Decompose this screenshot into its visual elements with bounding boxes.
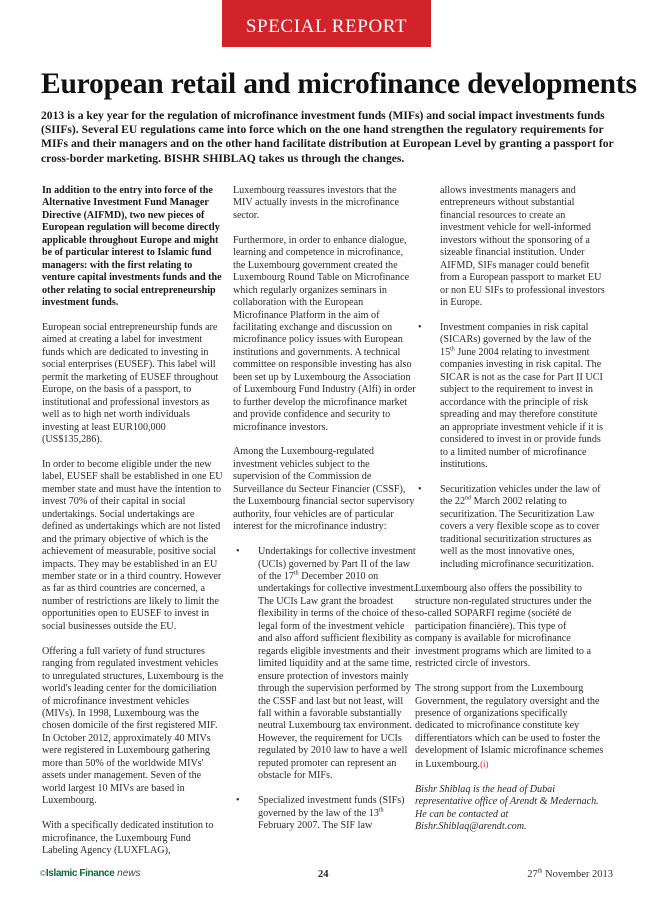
body-paragraph: Furthermore, in order to enhance dialogu… — [233, 235, 416, 434]
body-paragraph: In order to become eligible under the ne… — [42, 459, 224, 633]
article-standfirst: 2013 is a key year for the regulation of… — [41, 109, 621, 166]
bullet-icon: • — [418, 484, 422, 496]
lead-paragraph: In addition to the entry into force of t… — [42, 185, 224, 310]
brand-suffix: news — [117, 868, 140, 879]
body-paragraph: Luxembourg reassures investors that the … — [233, 185, 416, 222]
body-paragraph: The strong support from the Luxembourg G… — [415, 683, 605, 771]
body-paragraph: Among the Luxembourg-regulated investmen… — [233, 446, 416, 533]
page-number: 24 — [318, 869, 329, 880]
brand-name: Islamic Finance — [46, 868, 114, 879]
article-column-1: In addition to the entry into force of t… — [42, 185, 224, 870]
bullet-icon: • — [236, 546, 240, 558]
body-paragraph: Luxembourg also offers the possibility t… — [415, 583, 605, 670]
bullet-continuation: allows investments managers and entrepre… — [415, 185, 605, 310]
body-paragraph: European social entrepreneurship funds a… — [42, 322, 224, 447]
article-column-3: allows investments managers and entrepre… — [415, 185, 605, 846]
publication-logo: ©Islamic Finance news — [40, 868, 141, 879]
section-banner: SPECIAL REPORT — [222, 0, 431, 47]
article-title: European retail and microfinance develop… — [41, 68, 637, 101]
bullet-icon: • — [236, 795, 240, 807]
bullet-item-sicars: • Investment companies in risk capital (… — [415, 322, 605, 471]
end-of-article-icon: (i) — [480, 759, 489, 769]
section-label: SPECIAL REPORT — [246, 16, 407, 47]
bullet-item-sifs: • Specialized investment funds (SIFs) go… — [233, 795, 416, 832]
issue-date: 27th November 2013 — [527, 869, 613, 880]
bullet-item-ucis: • Undertakings for collective investment… — [233, 546, 416, 783]
bullet-icon: • — [418, 322, 422, 334]
article-column-2: Luxembourg reassures investors that the … — [233, 185, 416, 845]
body-paragraph: Offering a full variety of fund structur… — [42, 646, 224, 808]
body-paragraph: With a specifically dedicated institutio… — [42, 820, 224, 857]
author-bio: Bishr Shiblaq is the head of Dubai repre… — [415, 784, 605, 834]
bullet-item-securitization: • Securitization vehicles under the law … — [415, 484, 605, 571]
